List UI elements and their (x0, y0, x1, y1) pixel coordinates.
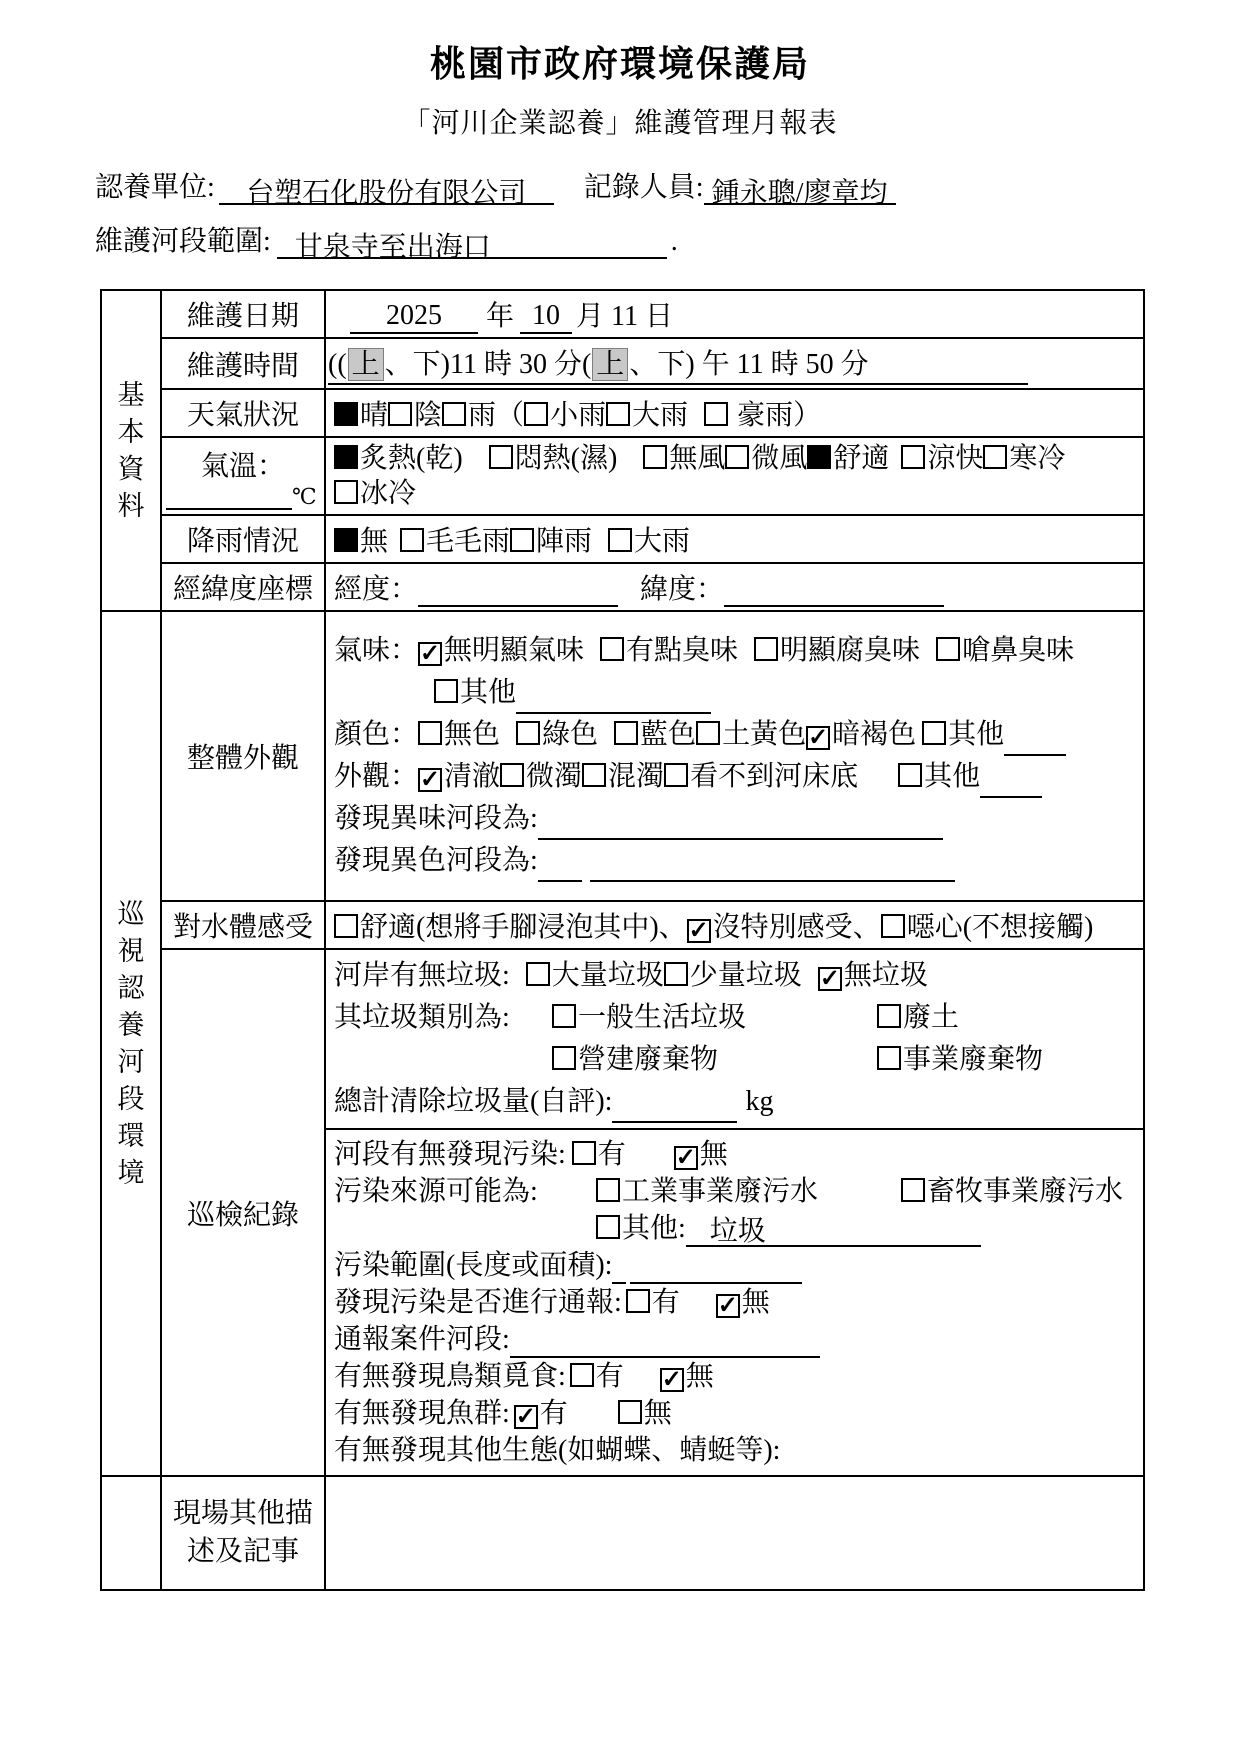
checkbox-temp-windless[interactable] (643, 445, 667, 469)
trash-total-field[interactable] (612, 1089, 737, 1123)
row-label-rain: 降雨情況 (161, 515, 325, 563)
row-date: 基本資料 維護日期 2025年10月 11 日 (101, 290, 1144, 338)
row-label-temp: 氣溫：℃ (161, 437, 325, 515)
checkbox-source-livestock[interactable] (901, 1178, 925, 1202)
checkbox-temp-cool[interactable] (901, 445, 925, 469)
row-notes: 現場其他描述及記事 (101, 1476, 1144, 1590)
checkbox-trash-little[interactable] (664, 962, 688, 986)
label-feeling-neutral: 沒特別感受 (713, 912, 853, 943)
form-page: 桃園市政府環境保護局 「河川企業認養」維護管理月報表 認養單位:台塑石化股份有限… (0, 0, 1240, 1754)
temp-label-text: 氣溫： (162, 440, 324, 484)
report-table: 基本資料 維護日期 2025年10月 11 日 維護時間 ((上、下)11 時 … (100, 289, 1145, 1591)
recorder-field[interactable]: 鍾永聰/廖章均 (704, 171, 896, 205)
checkbox-smell-none[interactable]: ✓ (418, 642, 442, 666)
unit-field[interactable]: 台塑石化股份有限公司 (219, 171, 554, 205)
row-label-appearance: 整體外觀 (161, 611, 325, 901)
weather-content: 晴陰雨（小雨大雨 豪雨） (325, 389, 1144, 437)
look-lead: 外觀： (334, 761, 418, 792)
date-month-field[interactable]: 10 (520, 300, 572, 334)
checkbox-weather-torrential-rain[interactable] (704, 402, 728, 426)
label-fish-yes: 有 (540, 1398, 568, 1429)
time-mid-1: 、下)11 時 30 分( (385, 349, 592, 380)
temp-unit: ℃ (292, 484, 317, 509)
checkbox-smell-other[interactable] (434, 679, 458, 703)
trash-lead: 河岸有無垃圾: (334, 960, 510, 991)
group-patrol-label: 巡視認養河段環境 (116, 896, 146, 1192)
longitude-label: 經度： (334, 574, 418, 605)
label-temp-breezy: 微風 (751, 443, 807, 474)
feeling-separator-2: 、 (853, 912, 881, 943)
checkbox-temp-cold[interactable] (983, 445, 1007, 469)
row-label-coord: 經緯度座標 (161, 563, 325, 611)
date-content: 2025年10月 11 日 (325, 290, 1144, 338)
date-day-text: 月 11 日 (576, 301, 673, 332)
source-line-2: 其他:垃圾 (334, 1210, 1135, 1247)
checkbox-color-blue[interactable] (614, 721, 638, 745)
label-trash-none: 無垃圾 (844, 960, 928, 991)
weather-paren-close: ） (793, 400, 821, 431)
latitude-label: 緯度： (640, 574, 724, 605)
notes-content-field[interactable] (325, 1476, 1144, 1590)
checkbox-type-waste-soil[interactable] (877, 1004, 901, 1028)
trash-total-lead: 總計清除垃圾量(自評): (334, 1086, 612, 1117)
pollution-lead: 河段有無發現污染: (334, 1139, 566, 1170)
label-rain-drizzle: 毛毛雨 (426, 526, 510, 557)
checkbox-pollution-no[interactable]: ✓ (674, 1146, 698, 1170)
label-look-slightly-turbid: 微濁 (526, 761, 582, 792)
label-rain-none: 無 (360, 526, 388, 557)
time-mid-2: 、下) 午 11 時 50 分 (629, 349, 868, 380)
latitude-field[interactable] (724, 573, 944, 607)
label-report-yes: 有 (652, 1287, 680, 1318)
checkbox-trash-lots[interactable] (526, 962, 550, 986)
label-look-no-riverbed: 看不到河床底 (690, 761, 858, 792)
label-source-industrial: 工業事業廢污水 (622, 1176, 818, 1207)
checkbox-color-clear[interactable] (418, 721, 442, 745)
checkbox-weather-rain[interactable] (442, 402, 466, 426)
label-report-no: 無 (742, 1287, 770, 1318)
source-other-field[interactable]: 垃圾 (686, 1213, 981, 1247)
longitude-field[interactable] (418, 573, 618, 607)
odd-smell-lead: 發現異味河段為: (334, 803, 538, 834)
checkbox-weather-sunny[interactable] (334, 402, 358, 426)
label-source-other: 其他: (622, 1213, 686, 1244)
color-lead: 顏色： (334, 719, 418, 750)
odd-color-line: 發現異色河段為: (334, 840, 1135, 882)
birds-line: 有無發現鳥類覓食:有✓無 (334, 1358, 1135, 1395)
date-year-suffix: 年 (486, 301, 514, 332)
range-lead: 污染範圍(長度或面積): (334, 1250, 612, 1281)
patrol-content: 河岸有無垃圾:大量垃圾少量垃圾✓無垃圾 其垃圾類別為:一般生活垃圾廢土 營建廢棄… (325, 949, 1144, 1476)
label-type-construction: 營建廢棄物 (578, 1044, 718, 1075)
label-weather-heavy-rain: 大雨 (632, 400, 688, 431)
smell-other-field[interactable] (516, 680, 711, 714)
checkbox-color-green[interactable] (516, 721, 540, 745)
checkbox-temp-breezy[interactable] (725, 445, 749, 469)
checkbox-type-construction[interactable] (552, 1046, 576, 1070)
label-birds-no: 無 (686, 1361, 714, 1392)
smell-other-line: 其他 (334, 672, 1135, 714)
smell-lead: 氣味： (334, 635, 418, 666)
label-type-household: 一般生活垃圾 (578, 1002, 746, 1033)
label-temp-muggy: 悶熱(濕) (515, 443, 618, 474)
range-period: . (671, 226, 678, 257)
checkbox-fish-no[interactable] (618, 1400, 642, 1424)
feeling-content: 舒適(想將手腳浸泡其中)、✓沒特別感受、噁心(不想接觸) (325, 901, 1144, 949)
range-field[interactable]: 甘泉寺至出海口 (277, 225, 667, 259)
row-label-notes: 現場其他描述及記事 (161, 1476, 325, 1590)
trash-total-line: 總計清除垃圾量(自評):kg (334, 1081, 1135, 1123)
checkbox-birds-no[interactable]: ✓ (660, 1368, 684, 1392)
rain-content: 無毛毛雨陣雨大雨 (325, 515, 1144, 563)
birds-lead: 有無發現鳥類覓食: (334, 1361, 566, 1392)
label-look-other: 其他 (924, 761, 980, 792)
odd-color-lead: 發現異色河段為: (334, 845, 538, 876)
checkbox-feeling-disgusted[interactable] (881, 914, 905, 938)
checkbox-look-clear[interactable]: ✓ (418, 768, 442, 792)
report-lead: 發現污染是否進行通報: (334, 1287, 622, 1318)
trash-type-opt-3: 營建廢棄物 (552, 1039, 877, 1081)
patrol-pollution-block: 河段有無發現污染:有✓無 污染來源可能為:工業事業廢污水畜牧事業廢污水 其他:垃… (326, 1128, 1143, 1475)
checkbox-feeling-comfortable[interactable] (334, 914, 358, 938)
label-weather-rain: 雨 (468, 400, 496, 431)
color-other-field[interactable] (1004, 722, 1066, 756)
range-line: 污染範圍(長度或面積): (334, 1247, 1135, 1284)
checkbox-pollution-yes[interactable] (572, 1141, 596, 1165)
trash-type-opt-1: 一般生活垃圾 (552, 997, 877, 1039)
ecology-lead: 有無發現其他生態(如蝴蝶、蜻蜓等): (334, 1435, 780, 1466)
label-weather-sunny: 晴 (360, 400, 388, 431)
checkbox-look-other[interactable] (898, 763, 922, 787)
row-label-date: 維護日期 (161, 290, 325, 338)
row-temp: 氣溫：℃ 炙熱(乾)悶熱(濕)無風微風舒適涼快寒冷 冰冷 (101, 437, 1144, 515)
odd-color-field-1[interactable] (538, 848, 582, 882)
date-year-field[interactable]: 2025 (350, 300, 478, 334)
label-trash-little: 少量垃圾 (690, 960, 802, 991)
checkbox-rain-shower[interactable] (510, 528, 534, 552)
label-temp-freezing: 冰冷 (360, 478, 416, 509)
checkbox-color-other[interactable] (922, 721, 946, 745)
checkbox-rain-heavy[interactable] (608, 528, 632, 552)
time-prefix: (( (328, 349, 347, 380)
row-patrol: 巡檢紀錄 河岸有無垃圾:大量垃圾少量垃圾✓無垃圾 其垃圾類別為:一般生活垃圾廢土… (101, 949, 1144, 1476)
checkbox-temp-freezing[interactable] (334, 480, 358, 504)
group-basic-label: 基本資料 (116, 377, 146, 525)
label-feeling-comfortable: 舒適(想將手腳浸泡其中) (360, 912, 659, 943)
pollution-line: 河段有無發現污染:有✓無 (334, 1136, 1135, 1173)
label-birds-yes: 有 (596, 1361, 624, 1392)
source-lead: 污染來源可能為: (334, 1173, 596, 1210)
trash-type-lead: 其垃圾類別為: (334, 997, 552, 1039)
label-smell-obvious: 明顯腐臭味 (780, 635, 920, 666)
label-smell-pungent: 嗆鼻臭味 (962, 635, 1074, 666)
checkbox-source-other[interactable] (596, 1215, 620, 1239)
label-fish-no: 無 (644, 1398, 672, 1429)
checkbox-type-industrial[interactable] (877, 1046, 901, 1070)
checkbox-color-yellow[interactable] (696, 721, 720, 745)
label-color-blue: 藍色 (640, 719, 696, 750)
checkbox-temp-muggy[interactable] (489, 445, 513, 469)
time-period-selected-2[interactable]: 上 (592, 348, 628, 381)
notes-group-cell (101, 1476, 161, 1590)
trash-line: 河岸有無垃圾:大量垃圾少量垃圾✓無垃圾 (334, 955, 1135, 997)
row-rain: 降雨情況 無毛毛雨陣雨大雨 (101, 515, 1144, 563)
fish-line: 有無發現魚群:✓有無 (334, 1395, 1135, 1432)
label-rain-shower: 陣雨 (536, 526, 592, 557)
appearance-content: 氣味：✓無明顯氣味有點臭味明顯腐臭味嗆鼻臭味 其他 顏色：無色綠色藍色土黃色✓暗… (325, 611, 1144, 901)
temp-options-line-2: 冰冷 (334, 477, 1135, 511)
range-label: 維護河段範圍: (95, 226, 271, 257)
checkbox-weather-cloudy[interactable] (388, 402, 412, 426)
page-title: 桃園市政府環境保護局 (0, 0, 1240, 87)
trash-total-unit: kg (745, 1086, 773, 1117)
checkbox-weather-heavy-rain[interactable] (606, 402, 630, 426)
label-smell-other: 其他 (460, 677, 516, 708)
checkbox-look-no-riverbed[interactable] (664, 763, 688, 787)
row-weather: 天氣狀況 晴陰雨（小雨大雨 豪雨） (101, 389, 1144, 437)
checkbox-feeling-neutral[interactable]: ✓ (687, 919, 711, 943)
checkbox-rain-none[interactable] (334, 528, 358, 552)
group-basic-cell: 基本資料 (101, 290, 161, 611)
temp-options-line-1: 炙熱(乾)悶熱(濕)無風微風舒適涼快寒冷 (334, 441, 1135, 477)
range-field-2[interactable] (630, 1250, 802, 1284)
odd-color-field-2[interactable] (590, 848, 955, 882)
label-type-industrial: 事業廢棄物 (903, 1044, 1043, 1075)
temp-label-cell: 氣溫：℃ (162, 440, 324, 512)
checkbox-temp-scorching[interactable] (334, 445, 358, 469)
time-value-line: ((上、下)11 時 30 分(上、下) 午 11 時 50 分 (328, 342, 1028, 385)
label-weather-torrential-rain: 豪雨 (730, 400, 793, 431)
coord-content: 經度：緯度： (325, 563, 1144, 611)
checkbox-temp-comfortable[interactable] (807, 445, 831, 469)
row-coord: 經緯度座標 經度：緯度： (101, 563, 1144, 611)
label-look-clear: 清澈 (444, 761, 500, 792)
range-field-1[interactable] (612, 1250, 626, 1284)
label-pollution-yes: 有 (598, 1139, 626, 1170)
odd-smell-line: 發現異味河段為: (334, 798, 1135, 840)
label-color-other: 其他 (948, 719, 1004, 750)
label-weather-cloudy: 陰 (414, 400, 442, 431)
label-look-turbid: 混濁 (608, 761, 664, 792)
label-temp-scorching: 炙熱(乾) (360, 443, 463, 474)
odd-smell-field[interactable] (538, 806, 943, 840)
unit-label: 認養單位: (95, 172, 215, 203)
label-smell-none: 無明顯氣味 (444, 635, 584, 666)
label-color-clear: 無色 (444, 719, 500, 750)
source-line-1: 污染來源可能為:工業事業廢污水畜牧事業廢污水 (334, 1173, 1135, 1210)
header-line-2: 維護河段範圍:甘泉寺至出海口. (95, 219, 1240, 259)
label-rain-heavy: 大雨 (634, 526, 690, 557)
report-line: 發現污染是否進行通報:有✓無 (334, 1284, 1135, 1321)
label-smell-slight: 有點臭味 (626, 635, 738, 666)
checkbox-source-industrial[interactable] (596, 1178, 620, 1202)
checkbox-birds-yes[interactable] (570, 1363, 594, 1387)
checkbox-look-turbid[interactable] (582, 763, 606, 787)
label-temp-windless: 無風 (669, 443, 725, 474)
row-label-feeling: 對水體感受 (161, 901, 325, 949)
case-lead: 通報案件河段: (334, 1324, 510, 1355)
temp-value-field[interactable] (166, 486, 292, 510)
time-period-selected-1[interactable]: 上 (348, 348, 384, 381)
checkbox-report-yes[interactable] (626, 1289, 650, 1313)
fish-lead: 有無發現魚群: (334, 1398, 510, 1429)
checkbox-report-no[interactable]: ✓ (716, 1294, 740, 1318)
label-temp-cold: 寒冷 (1009, 443, 1065, 474)
label-pollution-no: 無 (700, 1139, 728, 1170)
smell-line: 氣味：✓無明顯氣味有點臭味明顯腐臭味嗆鼻臭味 (334, 630, 1135, 672)
trash-type-line-1: 其垃圾類別為:一般生活垃圾廢土 (334, 997, 1135, 1039)
temp-blank-line: ℃ (162, 484, 324, 512)
checkbox-smell-pungent[interactable] (936, 637, 960, 661)
weather-paren-open: （ (496, 400, 524, 431)
row-label-time: 維護時間 (161, 338, 325, 389)
label-trash-lots: 大量垃圾 (552, 960, 664, 991)
header-line-1: 認養單位:台塑石化股份有限公司記錄人員:鍾永聰/廖章均 (95, 165, 1240, 205)
row-label-weather: 天氣狀況 (161, 389, 325, 437)
label-color-green: 綠色 (542, 719, 598, 750)
look-line: 外觀：✓清澈微濁混濁看不到河床底其他 (334, 756, 1135, 798)
look-other-field[interactable] (980, 764, 1042, 798)
checkbox-smell-obvious[interactable] (754, 637, 778, 661)
feeling-separator-1: 、 (659, 912, 687, 943)
checkbox-weather-light-rain[interactable] (524, 402, 548, 426)
checkbox-fish-yes[interactable]: ✓ (514, 1405, 538, 1429)
ecology-line: 有無發現其他生態(如蝴蝶、蜻蜓等): (334, 1432, 1135, 1469)
checkbox-type-household[interactable] (552, 1004, 576, 1028)
label-type-waste-soil: 廢土 (903, 1002, 959, 1033)
checkbox-trash-none[interactable]: ✓ (818, 967, 842, 991)
label-weather-light-rain: 小雨 (550, 400, 606, 431)
checkbox-rain-drizzle[interactable] (400, 528, 424, 552)
time-content: ((上、下)11 時 30 分(上、下) 午 11 時 50 分 (325, 338, 1144, 389)
recorder-label: 記錄人員: (584, 172, 704, 203)
color-line: 顏色：無色綠色藍色土黃色✓暗褐色其他 (334, 714, 1135, 756)
row-feeling: 對水體感受 舒適(想將手腳浸泡其中)、✓沒特別感受、噁心(不想接觸) (101, 901, 1144, 949)
label-temp-cool: 涼快 (927, 443, 983, 474)
case-line: 通報案件河段: (334, 1321, 1135, 1358)
row-appearance: 巡視認養河段環境 整體外觀 氣味：✓無明顯氣味有點臭味明顯腐臭味嗆鼻臭味 其他 … (101, 611, 1144, 901)
row-time: 維護時間 ((上、下)11 時 30 分(上、下) 午 11 時 50 分 (101, 338, 1144, 389)
label-feeling-disgusted: 噁心(不想接觸) (907, 912, 1094, 943)
label-color-dark-brown: 暗褐色 (832, 719, 916, 750)
checkbox-color-dark-brown[interactable]: ✓ (806, 726, 830, 750)
page-subtitle: 「河川企業認養」維護管理月報表 (0, 101, 1240, 141)
row-label-patrol: 巡檢紀錄 (161, 949, 325, 1476)
label-temp-comfortable: 舒適 (833, 443, 889, 474)
temp-content: 炙熱(乾)悶熱(濕)無風微風舒適涼快寒冷 冰冷 (325, 437, 1144, 515)
checkbox-smell-slight[interactable] (600, 637, 624, 661)
source-opt-1: 工業事業廢污水 (596, 1173, 901, 1210)
trash-type-line-2: 營建廢棄物事業廢棄物 (334, 1039, 1135, 1081)
case-field[interactable] (510, 1324, 820, 1358)
patrol-trash-block: 河岸有無垃圾:大量垃圾少量垃圾✓無垃圾 其垃圾類別為:一般生活垃圾廢土 營建廢棄… (326, 950, 1143, 1128)
group-patrol-cell: 巡視認養河段環境 (101, 611, 161, 1476)
label-color-yellow: 土黃色 (722, 719, 806, 750)
label-source-livestock: 畜牧事業廢污水 (927, 1176, 1123, 1207)
checkbox-look-slightly-turbid[interactable] (500, 763, 524, 787)
